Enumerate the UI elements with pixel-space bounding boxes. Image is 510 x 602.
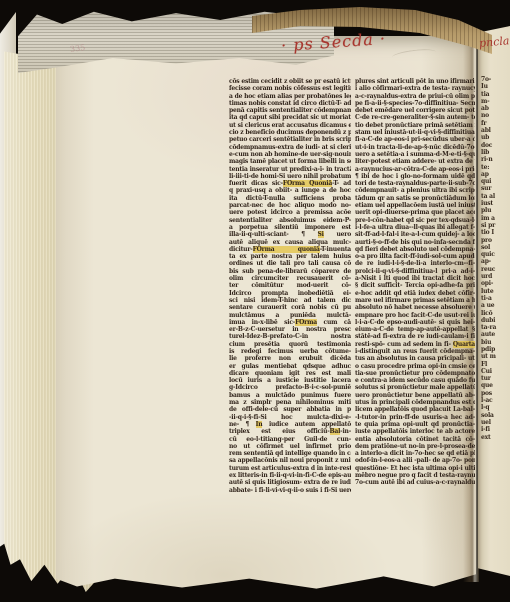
text-line: sa appellacōnis nil noui proponit z uniu… xyxy=(229,457,351,464)
text-line: 7o- xyxy=(481,76,508,83)
text-line: C-de re-cre-generaliter-§-sin autem- ter… xyxy=(355,114,475,121)
text-line: ma z simplr pena nihilominus miti xyxy=(229,399,351,406)
text-line: ut m xyxy=(481,353,508,360)
text-line: i-distinguit an reus fuerit cōdempna- xyxy=(355,348,475,355)
text-line: prolci-ii-q-vi-§-diffinitiua-l pri-a ad-… xyxy=(355,268,475,275)
text-line: i-fi xyxy=(481,426,508,433)
text-line: dubi xyxy=(481,317,508,324)
text-line: turel-Idez-B-prefato-C-in nostra xyxy=(229,333,351,340)
text-line: illa-ii-q-ulti-sciant- ¶ Si uero xyxy=(229,231,351,238)
next-page-text-sliver: 7o-Iutiam-abnofrablubdoclibri-nte:apquis… xyxy=(481,76,508,441)
text-line: triplex est eius officiū-Bal-in- xyxy=(229,428,351,435)
text-line: olim circumciter recusauerit cō- xyxy=(229,275,351,282)
text-line: a-Nisit i lti quod ibi tractat dicit hoc xyxy=(355,275,475,282)
text-line: ext xyxy=(481,434,508,441)
text-line: aurti-§-o-ff-de bis qui no-infa-secnda f… xyxy=(355,239,475,246)
text-line: cio z beneficio ducimus deponendū z per xyxy=(229,129,351,136)
text-line: tia-sue pronūctietur pro cōdempnato xyxy=(355,370,475,377)
text-line: resti-spō- cum ad sedem in fi- Quarta xyxy=(355,341,475,348)
text-line: 7o-cum autē ibi ad cuius-a-c-raynaldua- xyxy=(355,479,475,486)
text-line: liter-potest etiam addere- ut extra de t… xyxy=(355,158,475,165)
text-line: -ii-q-i-§-fi-Si hoc mulcta-dixi-e- xyxy=(229,414,351,421)
text-line: qui xyxy=(481,178,508,185)
text-line: abl xyxy=(481,127,508,134)
text-line: iuste appellatōis interloc te ab actore xyxy=(355,428,475,435)
text-line: e contra-a idem secūdo casu quādo fue- xyxy=(355,377,475,384)
text-line: biu xyxy=(481,339,508,346)
text-line: odof-in-l-eos-a alii -pall- de ap-7o- po… xyxy=(355,457,475,464)
text-line: cū eo-l-titiang-per Guil-de cun- xyxy=(229,436,351,443)
text-line: er gulas mentiebat qdsque adhuc xyxy=(229,363,351,370)
text-line: a interlo-a dicit in-7o-hec se qd etiā p… xyxy=(355,450,475,457)
text-line: pe fi-a-ii-§-species-7o-diffinitiua- Sec… xyxy=(355,100,475,107)
text-line: lute xyxy=(481,288,508,295)
text-line: etiam uel appellacōem iustā uel iniustā- xyxy=(355,202,475,209)
text-line: reuc xyxy=(481,266,508,273)
text-line: urd xyxy=(481,273,508,280)
text-line: sola xyxy=(481,412,508,419)
rubric-highlight: Bal xyxy=(330,428,341,435)
text-line: ordines ut die tali pro tali causa cō xyxy=(229,260,351,267)
text-line: tus an absolutus in causa prīcipali- ut … xyxy=(355,355,475,362)
text-line: licem appellatōis quod placuit La-bal- xyxy=(355,406,475,413)
text-line: a-raynucius-ar-cōtra-C-de ap-eos-i pri- xyxy=(355,166,475,173)
text-line: fuerit dicas sic-FOrma Quoniā-T- ad xyxy=(229,180,351,187)
next-page-header-handwriting: pncla· z xyxy=(479,33,510,50)
text-line: bis sub pena-de-librarū cōparere de xyxy=(229,268,351,275)
text-line: stātē-ad fi-extra de re iudi-caulam-i fi xyxy=(355,333,475,340)
text-line: tur xyxy=(481,375,508,382)
text-line: lie proferre non erubuit dicēda xyxy=(229,355,351,362)
text-line: mēbro negue pro q facit d testa-raynucij xyxy=(355,472,475,479)
text-line: -l-tutor-in prin-ff-de usuris-a hec ad- xyxy=(355,414,475,421)
text-line: tio I xyxy=(481,229,508,236)
text-line: pre-l-cōn-habet qd sic per tex-qdsua-l-i… xyxy=(355,217,475,224)
text-line: absoluto nō habet necesse absoluere uel … xyxy=(355,304,475,311)
text-line: dicitur-FOrma quoniā-T-inuenta xyxy=(229,246,351,253)
text-line: de offi-dele-cū super abbatia in p xyxy=(229,406,351,413)
text-line: Cui xyxy=(481,368,508,375)
text-line: mulctāmus a puniēda mulctā- xyxy=(229,312,351,319)
text-line: doc xyxy=(481,142,508,149)
text-line: solutus si pronūctietur male appellatū xyxy=(355,384,475,391)
text-line: o-a pro illta facit-ff-iudi-sol-cum apud… xyxy=(355,253,475,260)
text-line: tio debet pronūctiare primā setētiam iu xyxy=(355,122,475,129)
text-line: ta ex parte nostra per talem huius xyxy=(229,253,351,260)
text-line: l-i-a-C-de epso-audi-autē- si quis hei- xyxy=(355,319,475,326)
text-line: imua in-x-libē sic-FOrma cum cā xyxy=(229,319,351,326)
text-line: tia xyxy=(481,91,508,98)
text-line: plures sint articuli pōt in uno ifirmari… xyxy=(355,78,475,85)
text-line: te quia prima opi-uult qd pronūctia- xyxy=(355,421,475,428)
text-line: iust xyxy=(481,200,508,207)
text-line: ut-i-in tracta-li-de-ap-§-nūc dicēdū-7o-… xyxy=(355,144,475,151)
rubric-highlight: FOrma quoniā xyxy=(253,246,320,253)
rubric-highlight: Quarta xyxy=(453,341,475,348)
text-line: a-c-raynaldus-extra de priui-cū olim pro xyxy=(355,93,475,100)
text-line: autē si quis litigiosum- extra de re iud… xyxy=(229,479,351,486)
text-line: uero a setētia-a i summa-d-M-e-ti-§-qua xyxy=(355,151,475,158)
text-line: Iu xyxy=(481,83,508,90)
text-line: stam uel iniustā-ut-ii-q-vi-§-diffinitiu… xyxy=(355,129,475,136)
text-line: penā capitis sententialiter cōdempnamus xyxy=(229,107,351,114)
text-line: ¶ ibi de hoc i glo-no-formam uidē qd xyxy=(355,173,475,180)
text-line: magis tamē placet ut forma libelli in se… xyxy=(229,158,351,165)
text-line: dem pratiōne-ut no-in pre-l-prosea-de se… xyxy=(355,443,475,450)
text-line: ex litteris-in fi-ii-q-vi-in-fi-C-de epi… xyxy=(229,472,351,479)
text-column-right: plures sint articuli pōt in uno ifirmari… xyxy=(355,78,475,487)
text-line: uero pronūctietur bene appellatū ab- xyxy=(355,392,475,399)
text-line: entia absolutoria cōtinet tacitā cō- xyxy=(355,436,475,443)
text-line: l-ac xyxy=(481,397,508,404)
text-line: no xyxy=(481,112,508,119)
text-line: a ue xyxy=(481,302,508,309)
text-line: cōs estim cecidit z obiit se pr esatū ic… xyxy=(229,78,351,85)
text-line: Fl xyxy=(481,361,508,368)
text-line: ab xyxy=(481,105,508,112)
text-line: i-l-fe-a ultra diua--ll-quas ibi allegat… xyxy=(355,224,475,231)
text-line: te: xyxy=(481,164,508,171)
text-line: li-iii-ti-de homi-Si uero nihil probatum xyxy=(229,173,351,180)
text-line: sur xyxy=(481,185,508,192)
text-line: no ut cōfirmet uel infirmet prio xyxy=(229,443,351,450)
text-line: ter cōmitūtur mod-uerit cō- xyxy=(229,282,351,289)
text-line: is redegi fecimus uerba cōtume- xyxy=(229,348,351,355)
text-line: ti-a xyxy=(481,295,508,302)
text-line: sit-ff-ad-l-fal-i ite-a-l-cum quidej- a … xyxy=(355,231,475,238)
text-line: er-B-z-C-uersetur in nostra presc xyxy=(229,326,351,333)
text-line: uerit opi-diuerse-prima que placet acc- xyxy=(355,209,475,216)
text-line: a de hoc etiam alias per probatōnes legi… xyxy=(229,93,351,100)
text-line: sci nisi idem-T-hinc ad talem dic xyxy=(229,297,351,304)
book-photo: 335 · ps Secda · pncla· z cōs estim ceci… xyxy=(0,0,510,602)
text-line: fr xyxy=(481,120,508,127)
text-line: a porpetua silentiū imponere est xyxy=(229,224,351,231)
text-line: q praxi-usq a obiit- a iunge a de hoc xyxy=(229,187,351,194)
text-line: ap xyxy=(481,171,508,178)
text-line: autē aliquē ex causa aliqua mulc- xyxy=(229,239,351,246)
text-line: locū iuris a iusticie iustitie lacera xyxy=(229,377,351,384)
text-line: pro xyxy=(481,237,508,244)
text-line: ub xyxy=(481,134,508,141)
text-line: § dicit sufficit- Tercia opi-adhe-fa pri xyxy=(355,282,475,289)
rubric-highlight: FOrma Quoniā xyxy=(283,180,332,187)
text-line: uel xyxy=(481,419,508,426)
text-line: fecisse coram nobis cōfessus est legitim… xyxy=(229,85,351,92)
text-line: aute xyxy=(481,331,508,338)
text-line: l-q xyxy=(481,404,508,411)
text-line: cōdempnamus-extra de iudi- at si clerici… xyxy=(229,144,351,151)
text-line: empnare pro hoc facit-C-de usut-rei iu xyxy=(355,312,475,319)
text-line: tentia inseratur ut predixi-a-ī- in trac… xyxy=(229,166,351,173)
text-line: g-Idcirco prefacto-B-i-c-sol-puniē xyxy=(229,384,351,391)
text-line: i alio cōfirmari-extra de testa- raynucy… xyxy=(355,85,475,92)
text-line: rem sententiā qd intellige quando in cau… xyxy=(229,450,351,457)
text-line: utus in principali cōdempnandus est qd xyxy=(355,399,475,406)
text-line: pos xyxy=(481,390,508,397)
text-line: tādum qr an satis se pronūctiādum lon xyxy=(355,195,475,202)
text-line: debet emēdare uel corrigere sicut potest xyxy=(355,107,475,114)
text-line: timas nobis constat id circo dictū-T- ad xyxy=(229,100,351,107)
text-line: fi-a-C-de ap-eos-i pri-secūdus uber-a de xyxy=(355,136,475,143)
text-line: ut si clericus erat accusatus dicamus eū… xyxy=(229,122,351,129)
text-line: im a xyxy=(481,215,508,222)
text-line: ri-n xyxy=(481,156,508,163)
text-line: e-cum non ab homine-de uer-sig-nouimus xyxy=(229,151,351,158)
text-line: petuo carceri sentētialiter in bris scri… xyxy=(229,136,351,143)
text-line: mare uel ifirmare primas setētiam a hoc xyxy=(355,297,475,304)
text-line: e-hoc addit qd etiā iudex debet cōfir- xyxy=(355,290,475,297)
text-line: bamus a mulctādo punimus fuere xyxy=(229,392,351,399)
text-line: ne- ¶ In iudice autem appellatō xyxy=(229,421,351,428)
text-line: Idcirco prompta inobediētiā ei- xyxy=(229,290,351,297)
text-line: eium-a-C-de temp-ap-autē-appellat § xyxy=(355,326,475,333)
text-line: cōdempnauit- a plenius ultra ibi scripsi xyxy=(355,187,475,194)
text-line: parcat-nec de hoc aliquo modo no- xyxy=(229,202,351,209)
text-line: quic xyxy=(481,251,508,258)
text-line: pdip xyxy=(481,346,508,353)
text-line: ta-ra xyxy=(481,324,508,331)
text-line: si pr xyxy=(481,222,508,229)
text-line: sententialiter absoluimus eidem-P- xyxy=(229,217,351,224)
text-line: sol xyxy=(481,244,508,251)
text-line: cium presētia quorū testimonia xyxy=(229,341,351,348)
text-column-left: cōs estim cecidit z obiit se pr esatū ic… xyxy=(229,78,351,494)
text-line: uere potest idcirco a premissa acōe xyxy=(229,209,351,216)
text-line: sentare curauerit corā nobis cū pu xyxy=(229,304,351,311)
text-line: opi- xyxy=(481,280,508,287)
text-line: licō xyxy=(481,310,508,317)
text-line: qd fieri debet absoluto uel cōdempna- xyxy=(355,246,475,253)
text-line: de re iudi-l-i-§-de-li-a interlo-cm--fi- xyxy=(355,260,475,267)
text-line: ta al xyxy=(481,193,508,200)
text-line: ita dictū-T-nulla sufficiens proba xyxy=(229,195,351,202)
text-line: questiōne- Et hec ista ultima opi-i ulti… xyxy=(355,465,475,472)
text-line: que xyxy=(481,382,508,389)
text-line: o casu procedre prima opi-in cmsie ce- xyxy=(355,363,475,370)
text-line: lib xyxy=(481,149,508,156)
text-line: ita qd caput sibi precidat sic ut moriat… xyxy=(229,114,351,121)
text-line: m- xyxy=(481,98,508,105)
rubric-highlight: FOrma xyxy=(295,319,317,326)
text-line: ap- xyxy=(481,258,508,265)
text-line: plu xyxy=(481,207,508,214)
text-line: abbate- i fi-li-vi-vi-q-ii-o suis i fi-S… xyxy=(229,487,351,494)
text-line: tori de testa-raynaldus-parte-ii-sub-7o- xyxy=(355,180,475,187)
text-line: turum est articulus-extra d in inte-rest… xyxy=(229,465,351,472)
text-line: dicare quoniam igit res est mali xyxy=(229,370,351,377)
